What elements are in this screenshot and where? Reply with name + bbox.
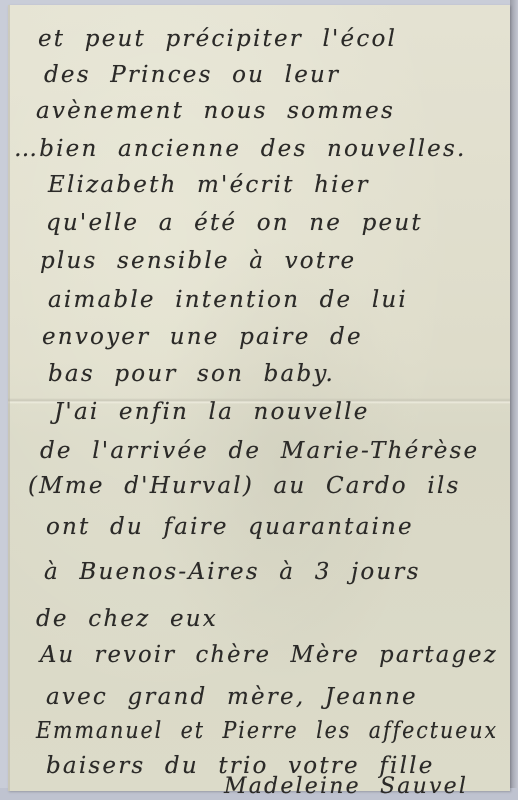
text-line: de l'arrivée de Marie-Thérèse <box>40 440 479 463</box>
text-line: Emmanuel et Pierre les affectueux <box>36 720 498 743</box>
text-line: avec grand mère, Jeanne <box>46 686 418 709</box>
text-line: Au revoir chère Mère partagez <box>40 644 498 667</box>
text-line: envoyer une paire de <box>42 326 363 349</box>
text-line: des Princes ou leur <box>44 64 340 87</box>
text-line: de chez eux <box>36 608 218 631</box>
text-line: J'ai enfin la nouvelle <box>54 401 370 424</box>
text-line: avènement nous sommes <box>36 100 395 123</box>
text-line: plus sensible à votre <box>40 250 356 273</box>
text-line: ont du faire quarantaine <box>46 516 414 539</box>
text-line: à Buenos-Aires à 3 jours <box>44 561 421 584</box>
text-line: bas pour son baby. <box>48 363 335 386</box>
letter-page: et peut précipiter l'écoldes Princes ou … <box>8 5 510 791</box>
text-line: qu'elle a été on ne peut <box>46 212 423 235</box>
signature-line: Madeleine Sauvel <box>224 776 468 798</box>
text-line: aimable intention de lui <box>48 289 408 312</box>
text-line: (Mme d'Hurval) au Cardo ils <box>28 475 460 498</box>
text-line: Elizabeth m'écrit hier <box>48 174 370 197</box>
background-edge <box>510 0 518 800</box>
handwritten-text: et peut précipiter l'écoldes Princes ou … <box>8 5 510 791</box>
text-line: …bien ancienne des nouvelles. <box>14 138 467 161</box>
text-line: et peut précipiter l'écol <box>38 28 397 51</box>
